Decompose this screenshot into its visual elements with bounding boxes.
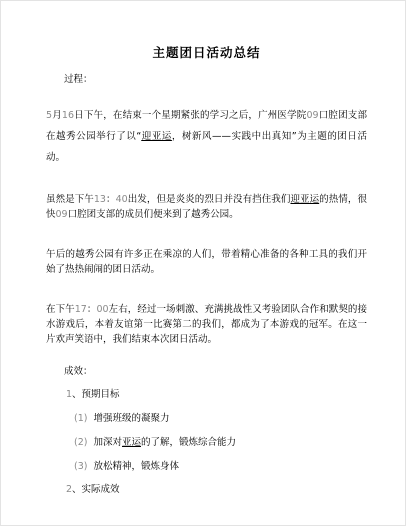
text-segment: 的了解，锻炼综合能力 [141,437,236,448]
text-segment: 虽然是下午 [46,194,94,205]
number-segment: 40 [116,194,128,205]
text-segment: 口腔团支部的成员们便来到了越秀公园。 [68,209,239,220]
sub-item-understanding: (2)加深对亚运的了解，锻炼综合能力 [74,435,367,450]
text-segment: 加深对 [93,437,122,448]
paragraph-departure: 虽然是下午13：40出发，但是炎炎的烈日并没有挡住我们迎亚运的热情，很快09口腔… [46,192,367,222]
text-segment: 午后的越秀公园有许多正在乘凉的人们，带着精心准备的各种工具的我们开始了热热闹闹的… [46,249,367,275]
underlined-text: 亚运 [122,437,141,448]
number-segment: 00 [96,304,108,315]
document-title: 主题团日活动总结 [46,44,367,61]
process-label: 过程： [64,72,367,87]
number-segment: (2) [74,437,87,448]
number-segment: 17 [75,304,87,315]
text-segment: ： [106,194,116,205]
text-segment: 在下午 [46,304,75,315]
sub-item-relax: (3)放松精神，锻炼身体 [74,459,367,474]
number-segment: 13 [94,194,106,205]
text-segment: 月 [52,110,62,121]
text-segment: 日下午，在结束一个星期紧张的学习之后，广州医学院 [74,110,306,121]
text-segment: 增强班级的凝聚力 [93,413,169,424]
number-segment: 16 [62,110,74,121]
text-segment: 、预期目标 [72,389,120,400]
document-page: 主题团日活动总结 过程： 5月16日下午，在结束一个星期紧张的学习之后，广州医学… [0,0,406,526]
paragraph-park: 午后的越秀公园有许多正在乘凉的人们，带着精心准备的各种工具的我们开始了热热闹闹的… [46,247,367,277]
number-segment: (1) [74,413,87,424]
number-segment: 09 [306,110,318,121]
effect-label: 成效： [64,364,367,379]
text-segment: 出发，但是炎炎的烈日并没有挡住我们 [128,194,291,205]
document-content: 主题团日活动总结 过程： 5月16日下午，在结束一个星期紧张的学习之后，广州医学… [1,44,405,497]
text-segment: 、实际成效 [72,484,120,495]
paragraph-intro: 5月16日下午，在结束一个星期紧张的学习之后，广州医学院09口腔团支部在越秀公园… [46,105,367,168]
underlined-text: 迎亚运 [290,194,319,205]
list-item-actual-effect: 2、实际成效 [66,482,367,497]
list-item-expected-goals: 1、预期目标 [66,387,367,402]
paragraph-ending: 在下午17：00左右，经过一场刺激、充满挑战性又考验团队合作和默契的接水游戏后，… [46,302,367,347]
sub-item-cohesion: (1)增强班级的凝聚力 [74,411,367,426]
text-segment: 放松精神，锻炼身体 [93,461,179,472]
number-segment: (3) [74,461,87,472]
number-segment: 09 [56,209,68,220]
underlined-text: 迎亚运 [141,131,172,142]
